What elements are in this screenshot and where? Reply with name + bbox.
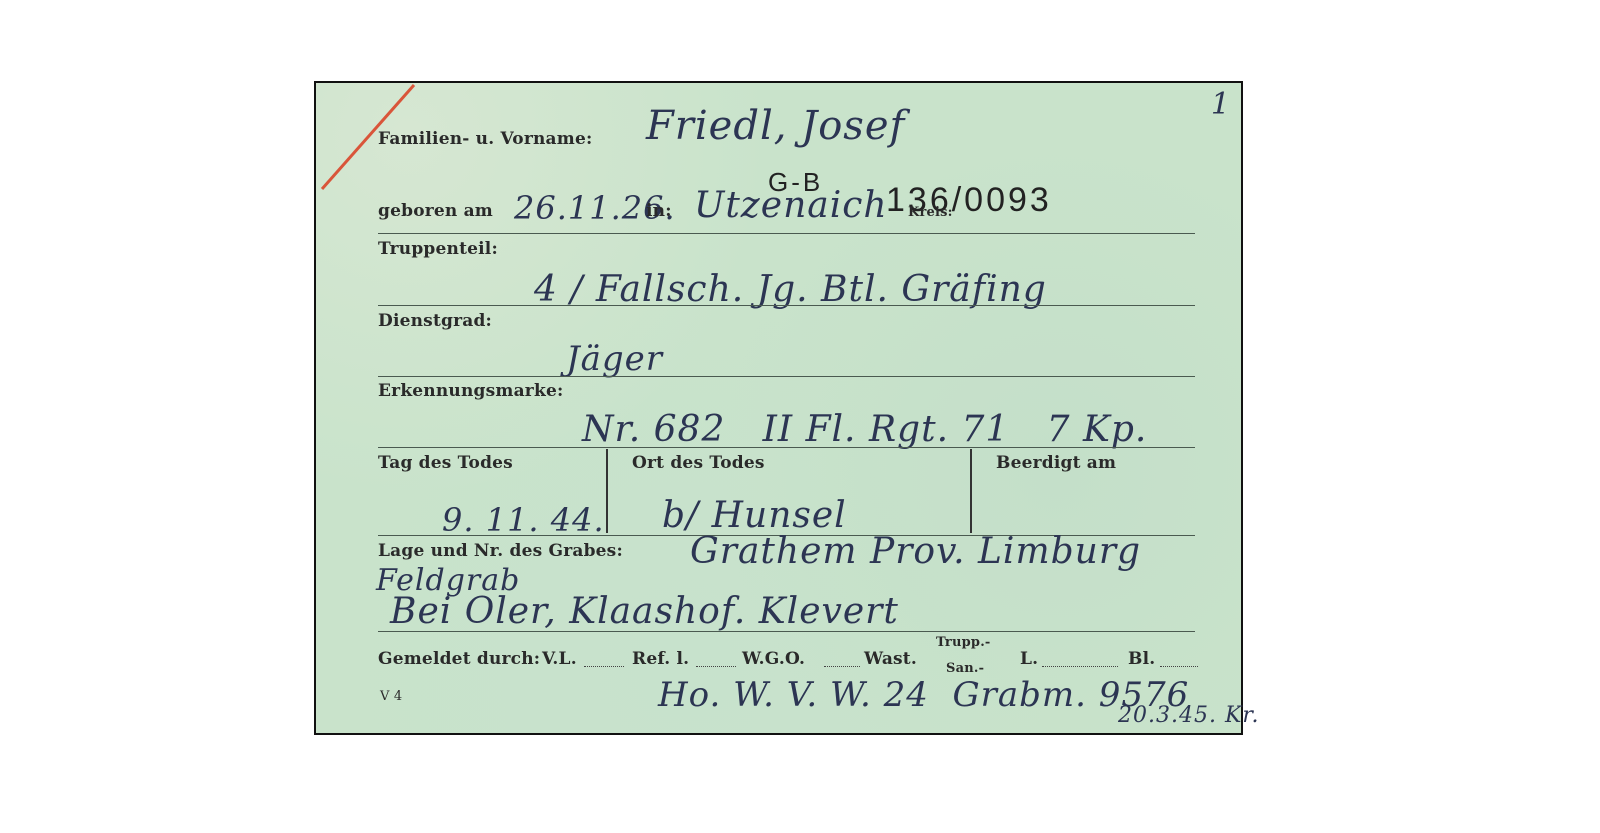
grave-line1: Grathem Prov. Limburg — [690, 531, 1141, 572]
reported-option-l: L. — [1020, 649, 1038, 669]
reported-option-san: San.- — [946, 661, 984, 676]
reported-option-vl: V.L. — [542, 649, 577, 669]
dotted-fill — [1160, 665, 1198, 667]
dotted-fill — [696, 665, 736, 667]
rule-born — [378, 233, 1195, 234]
corner-number: 1 — [1211, 87, 1231, 122]
reported-option-wast: Wast. — [864, 649, 917, 669]
born-place: Utzenaich — [694, 185, 888, 226]
kreis-label: Kreis: — [908, 205, 953, 220]
id-tag-value: Nr. 682 II Fl. Rgt. 71 7 Kp. — [582, 409, 1147, 450]
dotted-fill — [1042, 665, 1118, 667]
form-code: V 4 — [380, 689, 402, 704]
unit-value: 4 / Fallsch. Jg. Btl. Gräfing — [534, 269, 1047, 310]
buried-label: Beerdigt am — [996, 453, 1116, 473]
born-label: geboren am — [378, 201, 493, 221]
grave-line3: Bei Oler, Klaashof. Klevert — [390, 591, 899, 632]
rule-id-tag — [378, 447, 1195, 448]
dotted-fill — [824, 665, 860, 667]
death-day-value: 9. 11. 44. — [442, 501, 605, 539]
reported-label: Gemeldet durch: — [378, 649, 540, 669]
rank-label: Dienstgrad: — [378, 311, 492, 331]
death-record-card: 1 Familien- u. Vorname: Friedl, Josef G-… — [314, 81, 1243, 735]
reported-option-trupp: Trupp.- — [936, 635, 991, 650]
name-value: Friedl, Josef — [646, 103, 905, 149]
grave-label: Lage und Nr. des Grabes: — [378, 541, 623, 561]
id-tag-label: Erkennungsmarke: — [378, 381, 563, 401]
reported-option-wgo: W.G.O. — [742, 649, 805, 669]
date-annotation: 20.3.45. Kr. — [1118, 703, 1260, 728]
reported-option-ref: Ref. l. — [632, 649, 689, 669]
rule-unit — [378, 305, 1195, 306]
rule-grave — [378, 631, 1195, 632]
born-in-label: in: — [646, 201, 672, 221]
name-label: Familien- u. Vorname: — [378, 129, 592, 149]
column-divider-1 — [606, 449, 608, 533]
dotted-fill — [584, 665, 624, 667]
rank-value: Jäger — [566, 339, 663, 379]
unit-label: Truppenteil: — [378, 239, 498, 259]
death-place-label: Ort des Todes — [632, 453, 765, 473]
column-divider-2 — [970, 449, 972, 533]
death-place-value: b/ Hunsel — [662, 495, 847, 536]
reported-option-bl: Bl. — [1128, 649, 1155, 669]
reported-value: Ho. W. V. W. 24 Grabm. 9576 — [658, 675, 1189, 715]
rule-rank — [378, 376, 1195, 377]
death-day-label: Tag des Todes — [378, 453, 513, 473]
